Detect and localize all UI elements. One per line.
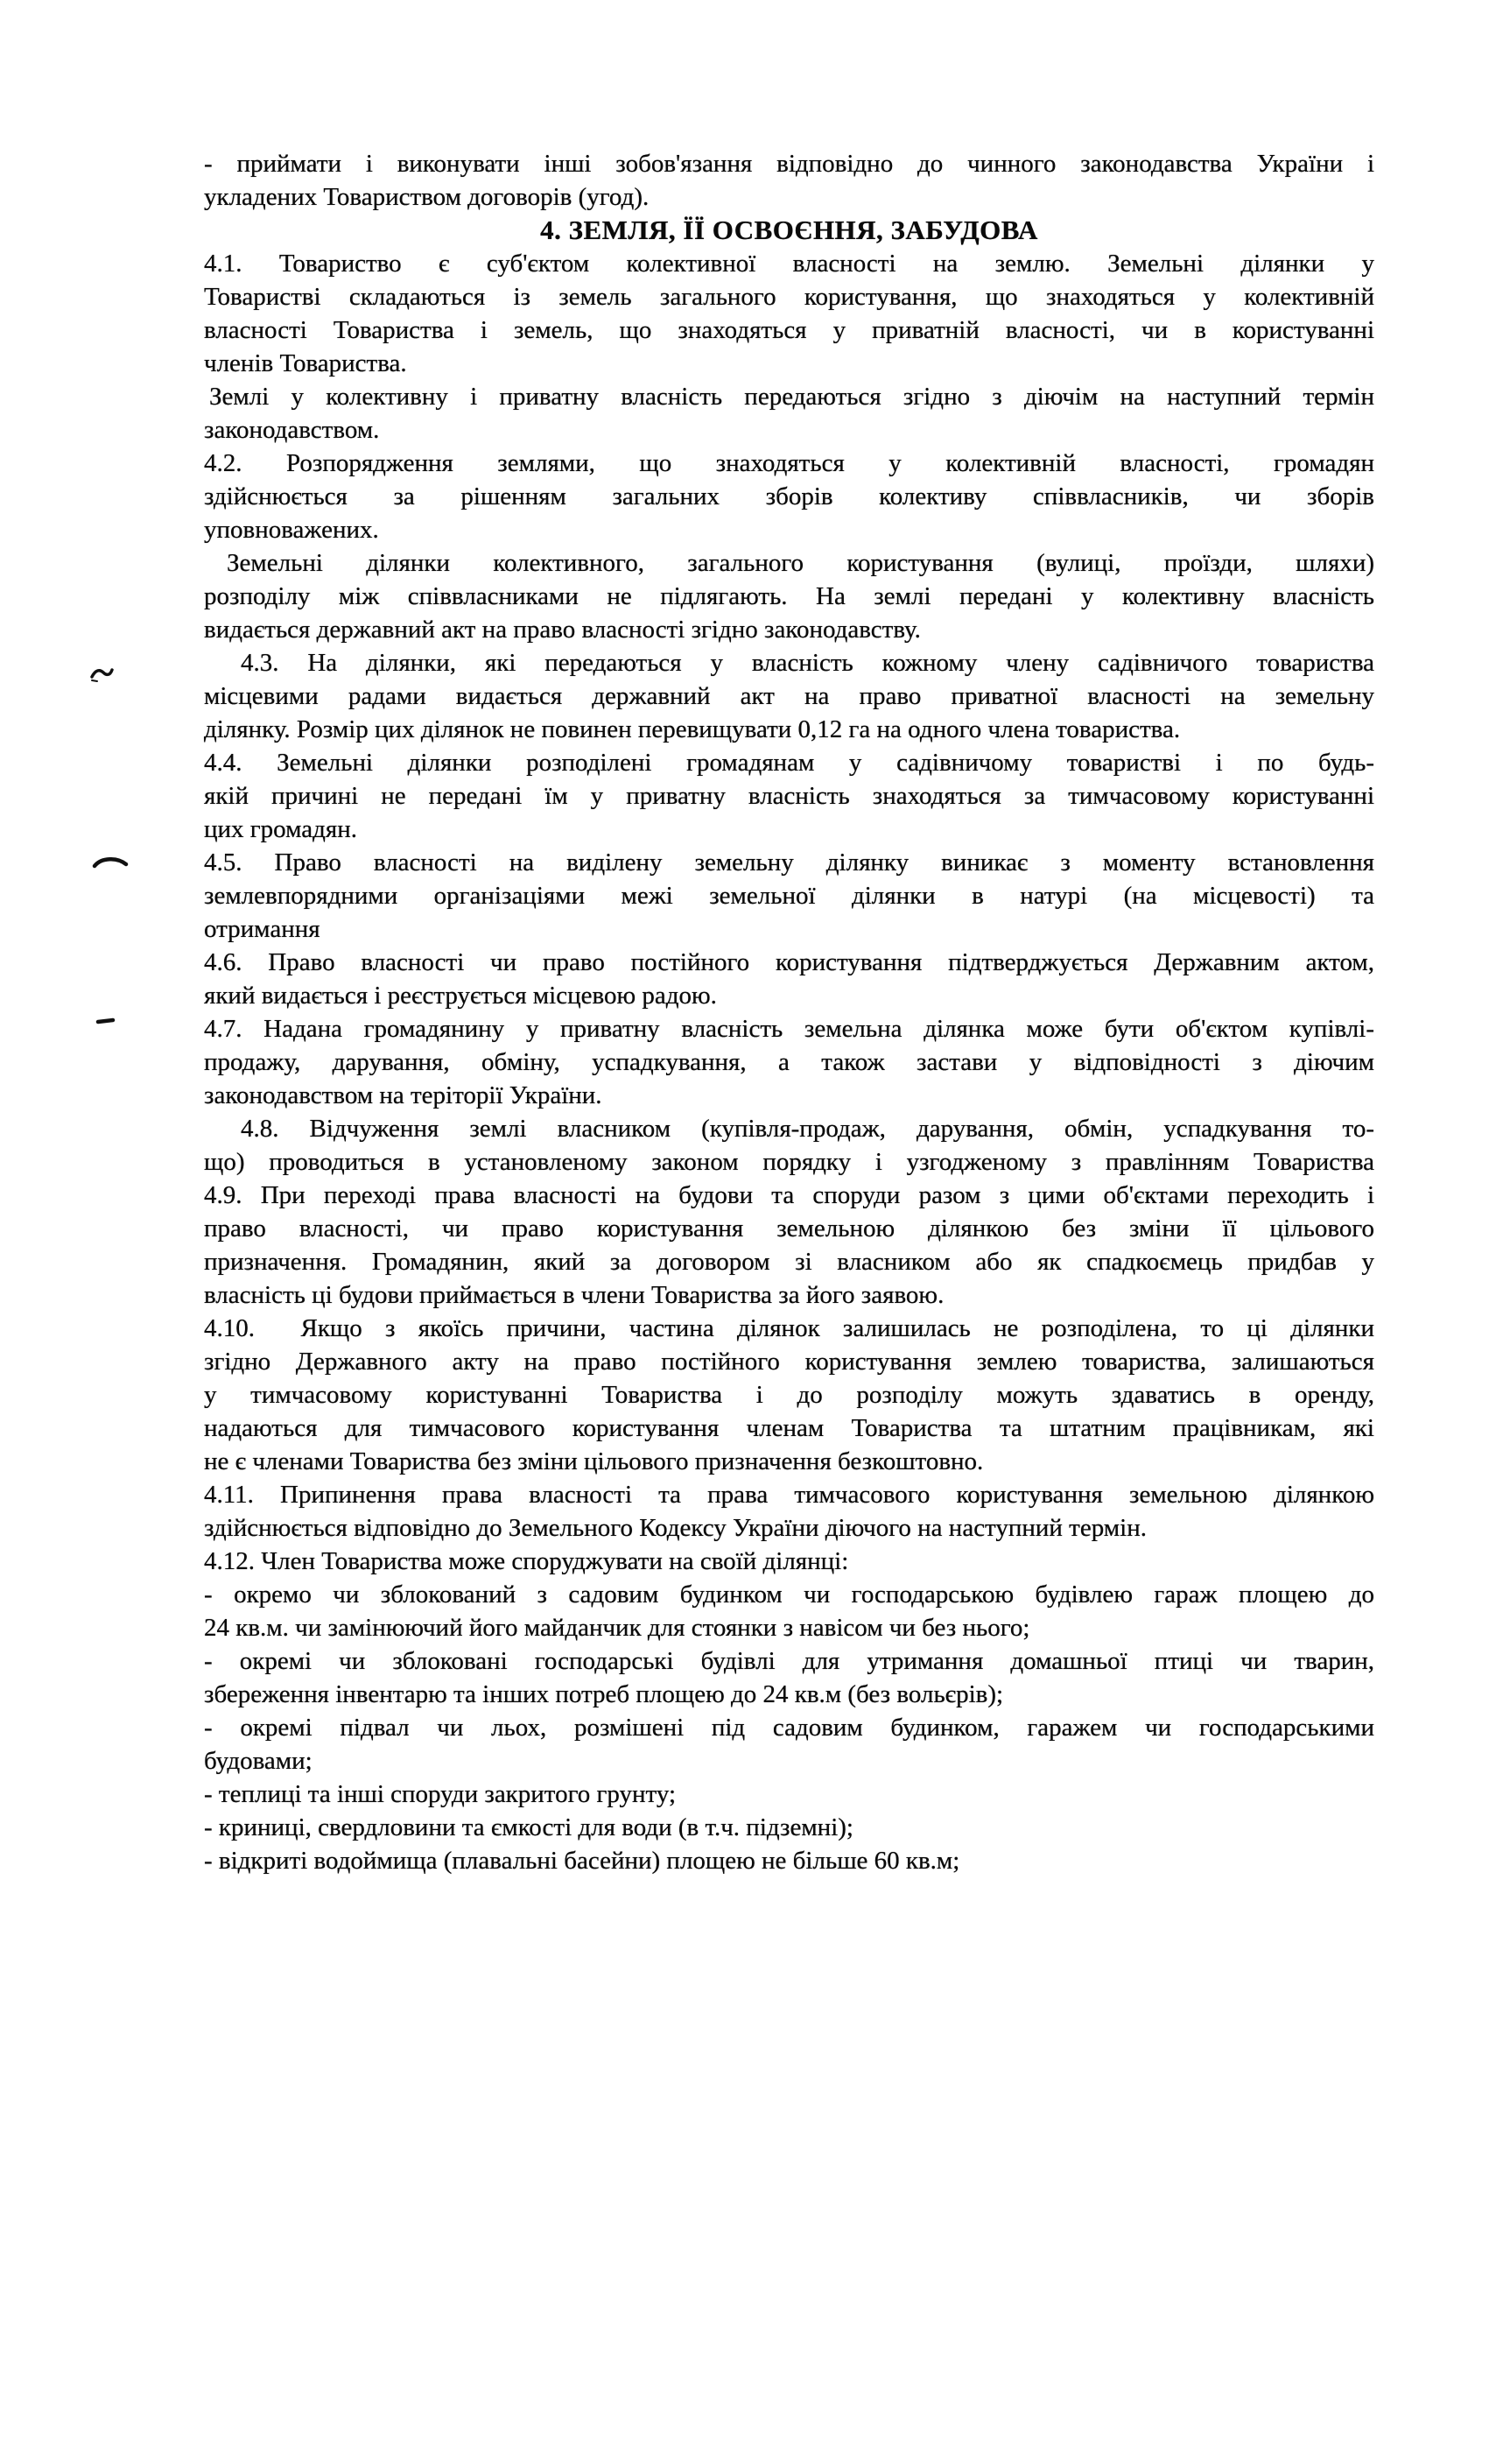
text-line: законодавством. <box>204 413 1374 447</box>
text-line: Земельні ділянки колективного, загальног… <box>204 546 1374 580</box>
text-line: 4.5. Право власності на виділену земельн… <box>204 846 1374 879</box>
text-line: - окремі підвал чи льох, розмішені під с… <box>204 1711 1374 1744</box>
text-line: розподілу між співвласниками не підлягаю… <box>204 580 1374 613</box>
text-line: що) проводиться в установленому законом … <box>204 1145 1374 1179</box>
text-line: 4.2. Розпорядження землями, що знаходять… <box>204 447 1374 480</box>
text-line: Товаристві складаються із земель загальн… <box>204 280 1374 313</box>
text-line: 4.6. Право власності чи право постійного… <box>204 946 1374 979</box>
text-line: отримання <box>204 912 1374 946</box>
text-line: будовами; <box>204 1744 1374 1778</box>
text-line: 4.10. Якщо з якоїсь причини, частина діл… <box>204 1312 1374 1345</box>
text-line: надаються для тимчасового користування ч… <box>204 1412 1374 1445</box>
text-line: місцевими радами видається державний акт… <box>204 679 1374 713</box>
text-line: 4.3. На ділянки, які передаються у власн… <box>204 646 1374 679</box>
text-line: - теплиці та інші споруди закритого грун… <box>204 1778 1374 1811</box>
text-line: членів Товариства. <box>204 347 1374 380</box>
document-text: - приймати і виконувати інші зобов'язанн… <box>204 147 1374 1877</box>
text-line: - окремі чи зблоковані господарські буді… <box>204 1644 1374 1678</box>
ink-mark-arc <box>92 855 129 870</box>
text-line: укладених Товариством договорів (угод). <box>204 180 1374 214</box>
text-line: 24 кв.м. чи замінюючий його майданчик дл… <box>204 1611 1374 1644</box>
text-line: видається державний акт на право власнос… <box>204 613 1374 646</box>
text-line: ділянку. Розмір цих ділянок не повинен п… <box>204 713 1374 746</box>
text-line: Землі у колективну і приватну власність … <box>204 380 1374 413</box>
ink-mark-dash <box>95 1016 116 1026</box>
text-line: законодавством на теріторії України. <box>204 1079 1374 1112</box>
text-line: який видається і реєструється місцевою р… <box>204 979 1374 1012</box>
text-line: цих громадян. <box>204 813 1374 846</box>
text-line: власність ці будови приймається в члени … <box>204 1278 1374 1312</box>
text-line: уповноважених. <box>204 513 1374 546</box>
text-line: - окремо чи зблокований з садовим будинк… <box>204 1578 1374 1611</box>
text-line: 4.8. Відчуження землі власником (купівля… <box>204 1112 1374 1145</box>
document-page: - приймати і виконувати інші зобов'язанн… <box>0 0 1510 2464</box>
text-line: збереження інвентарю та інших потреб пло… <box>204 1678 1374 1711</box>
text-line: здійснюється відповідно до Земельного Ко… <box>204 1511 1374 1545</box>
ink-mark-squiggle <box>88 665 115 683</box>
text-line: продажу, дарування, обміну, успадкування… <box>204 1045 1374 1079</box>
text-line: призначення. Громадянин, який за договор… <box>204 1245 1374 1278</box>
text-line: 4.12. Член Товариства може споруджувати … <box>204 1545 1374 1578</box>
text-line: - приймати і виконувати інші зобов'язанн… <box>204 147 1374 180</box>
text-line: 4.4. Земельні ділянки розподілені громад… <box>204 746 1374 779</box>
text-line: у тимчасовому користуванні Товариства і … <box>204 1378 1374 1412</box>
text-line: 4.11. Припинення права власності та прав… <box>204 1478 1374 1511</box>
text-line: не є членами Товариства без зміни цільов… <box>204 1445 1374 1478</box>
text-line: - відкриті водоймища (плавальні басейни)… <box>204 1844 1374 1877</box>
text-line: землевпорядними організаціями межі земел… <box>204 879 1374 912</box>
text-line: здійснюється за рішенням загальних зборі… <box>204 480 1374 513</box>
text-line: 4.1. Товариство є суб'єктом колективної … <box>204 247 1374 280</box>
section-heading: 4. ЗЕМЛЯ, ЇЇ ОСВОЄННЯ, ЗАБУДОВА <box>204 214 1374 247</box>
text-line: якій причині не передані їм у приватну в… <box>204 779 1374 813</box>
text-line: власності Товариства і земель, що знаход… <box>204 313 1374 347</box>
text-line: 4.7. Надана громадянину у приватну власн… <box>204 1012 1374 1045</box>
text-line: згідно Державного акту на право постійно… <box>204 1345 1374 1378</box>
text-line: 4.9. При переході права власності на буд… <box>204 1179 1374 1212</box>
text-line: право власності, чи право користування з… <box>204 1212 1374 1245</box>
text-line: - криниці, свердловини та ємкості для во… <box>204 1811 1374 1844</box>
